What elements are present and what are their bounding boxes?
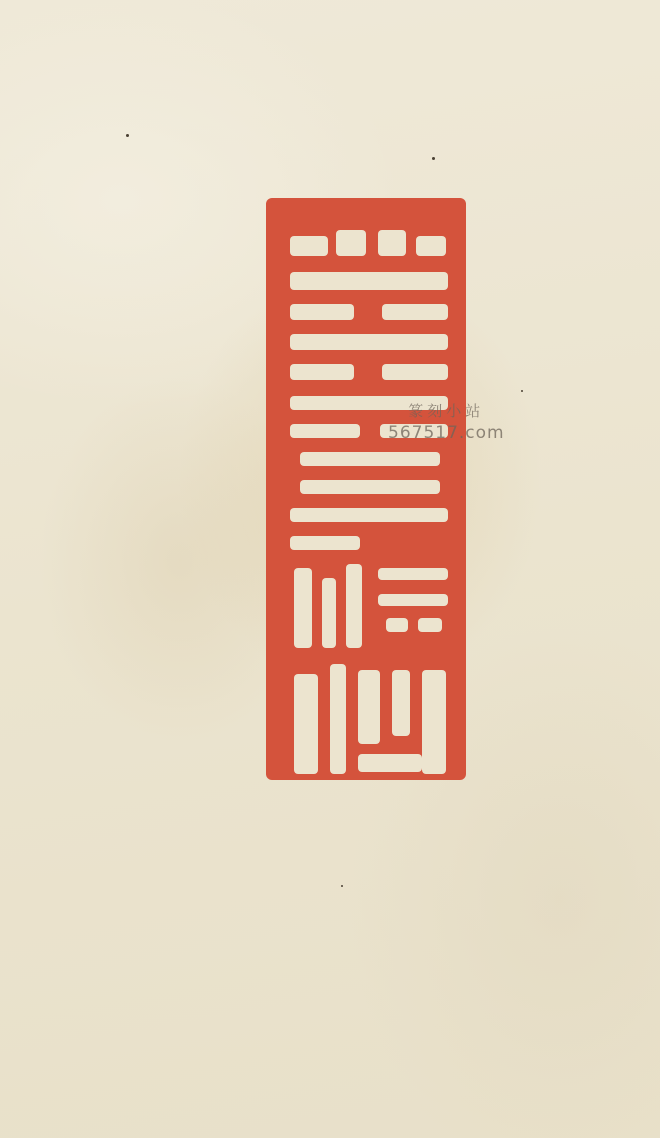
paper-speck <box>126 134 129 137</box>
watermark-site-name: 篆刻小站 <box>388 400 505 422</box>
paper-speck <box>341 885 343 887</box>
paper-speck <box>521 390 523 392</box>
watermark: 篆刻小站 567517.com <box>388 400 505 444</box>
paper-speck <box>432 157 435 160</box>
watermark-url: 567517.com <box>388 422 505 444</box>
seal-characters <box>286 218 448 758</box>
seal-impression <box>266 198 466 780</box>
